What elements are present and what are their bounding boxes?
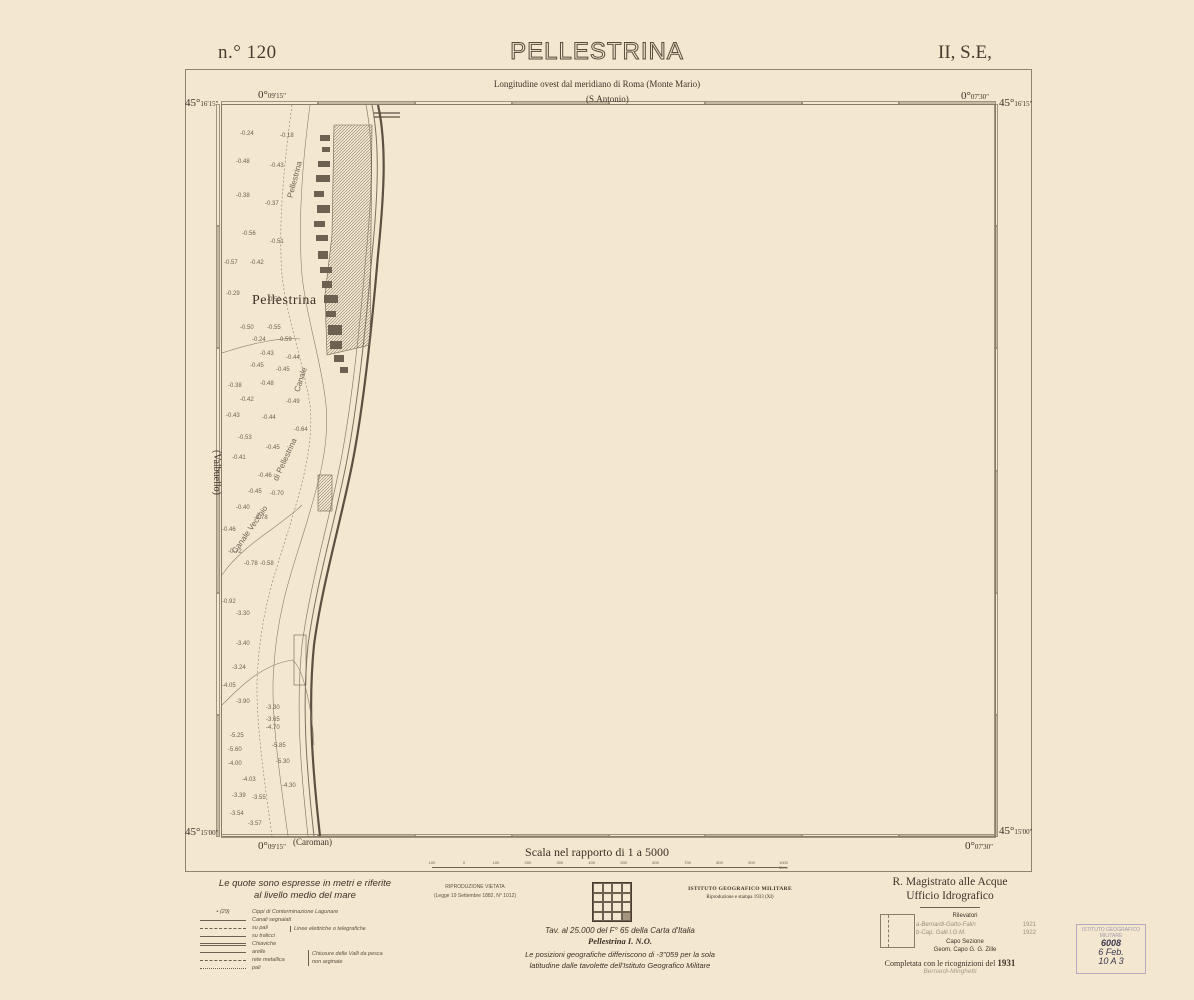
- sheet-index-grid: [592, 882, 632, 922]
- depth-sounding: -0.78: [244, 561, 258, 567]
- depth-sounding: -0.24: [252, 337, 266, 343]
- signature: Bernardi-Minghetti: [860, 968, 1040, 975]
- depth-sounding: -0.43: [260, 351, 274, 357]
- index-cell-selected: [622, 912, 632, 922]
- scale-tick: 1000 Metri: [779, 860, 788, 870]
- legend: Le quote sono espresse in metri e riferi…: [200, 878, 410, 972]
- index-cell: [612, 902, 622, 912]
- depth-sounding: -0.44: [286, 355, 300, 361]
- legend-label: Cippi di Conterminazione Lagunare: [252, 909, 338, 915]
- index-cell: [593, 893, 603, 903]
- legend-row: • (29)Cippi di Conterminazione Lagunare: [200, 908, 410, 916]
- depth-sounding: -5.30: [276, 759, 290, 765]
- place-label-left: (Valbuello): [211, 450, 222, 495]
- depth-sounding: -4.05: [222, 683, 236, 689]
- depth-sounding: -0.45: [250, 363, 264, 369]
- index-cell: [603, 902, 613, 912]
- coord-top-left-lon: 0°09'15": [258, 89, 286, 101]
- legend-group-fishing: Chiusure delle Valli da pescanon arginat…: [308, 950, 383, 966]
- legend-label: arelle: [252, 949, 265, 955]
- legend-label: pali: [252, 965, 261, 971]
- legend-heading: Le quote sono espresse in metri e riferi…: [200, 878, 410, 902]
- depth-sounding: -0.57: [224, 260, 238, 266]
- geo-difference-note: Le posizioni geografiche differiscono di…: [470, 949, 770, 971]
- index-cell: [593, 883, 603, 893]
- section-head-name: Geom. Capo G. G. Zille: [916, 946, 1036, 955]
- surveyor-year: 1921: [1023, 921, 1036, 930]
- scale-tick: 100: [493, 860, 500, 865]
- depth-sounding: -4.30: [282, 783, 296, 789]
- depth-sounding: -3.65: [266, 717, 280, 723]
- stamp-handwriting: 10 A 3: [1077, 957, 1145, 966]
- grad-seg: [216, 226, 220, 348]
- scale-tick: 100: [429, 860, 436, 865]
- depth-sounding: -3.40: [236, 641, 250, 647]
- depth-sounding: -0.24: [240, 131, 254, 137]
- igm-line: Riproduzione e stampa 1933 (XI): [706, 895, 773, 900]
- locator-line: [888, 915, 889, 947]
- legend-label: Chiaviche: [252, 941, 276, 947]
- map-area[interactable]: Pellestrina Pellestrina Canale di Pelles…: [222, 105, 995, 836]
- surveyors-title: Rilevatori: [916, 912, 1036, 921]
- line-symbol: [200, 936, 246, 937]
- grad-seg: [216, 104, 220, 226]
- legend-row: Chiaviche: [200, 940, 410, 948]
- depth-sounding: -0.42: [250, 260, 264, 266]
- depth-sounding: -3.30: [236, 611, 250, 617]
- survey-locator-map: [880, 914, 915, 948]
- index-cell: [593, 912, 603, 922]
- depth-sounding: -0.48: [260, 381, 274, 387]
- geo-line: Le posizioni geografiche differiscono di…: [470, 949, 770, 960]
- coord-top-right-lon: 0°07'30": [961, 90, 989, 102]
- authority-line: Ufficio Idrografico: [860, 889, 1040, 903]
- repro-line: (Legge 19 Settembre 1882, N° 1012): [420, 892, 530, 901]
- depth-sounding: -0.46: [222, 527, 236, 533]
- depth-sounding: -0.51: [270, 239, 284, 245]
- index-cell: [612, 883, 622, 893]
- depth-sounding: -3.30: [266, 705, 280, 711]
- line-symbol: [200, 920, 246, 921]
- index-cell: [603, 883, 613, 893]
- depth-sounding: -3.39: [232, 793, 246, 799]
- scale-bar: 100 0 100 200 300 400 500 600 700 800 90…: [432, 860, 787, 870]
- surveyor-row: a-Bernardi-Gatto-Falin1921: [916, 921, 1036, 930]
- index-cell: [612, 912, 622, 922]
- completion-year: 1931: [997, 958, 1015, 968]
- coord-top-left-lat: 45°16'15": [185, 97, 219, 109]
- map-drawing: [222, 105, 995, 836]
- depth-sounding: -4.03: [242, 777, 256, 783]
- repro-line: RIPRODUZIONE VIETATA: [420, 883, 530, 892]
- line-symbol: [200, 960, 246, 961]
- quadrant-label: II, S.E,: [938, 42, 992, 64]
- depth-sounding: -0.43: [270, 163, 284, 169]
- coord-bottom-right-lat: 45°15'00": [999, 825, 1033, 837]
- authority-block: R. Magistrato alle Acque Ufficio Idrogra…: [860, 875, 1040, 975]
- geo-line: latitudine dalle tavolette dell'Istituto…: [470, 960, 770, 971]
- surveyor-name: b-Cap. Galli I.G.M.: [916, 930, 966, 936]
- line-symbol: [200, 968, 246, 969]
- divider: [920, 907, 980, 908]
- scale-line: [432, 867, 787, 868]
- legend-label: rete metallica: [252, 957, 285, 963]
- reproduction-notice: RIPRODUZIONE VIETATA (Legge 19 Settembre…: [420, 883, 530, 901]
- surveyors: Rilevatori a-Bernardi-Gatto-Falin1921 b-…: [860, 912, 1040, 952]
- depth-sounding: -0.45: [266, 445, 280, 451]
- tav-line: Tav. al 25.000 del F° 65 della Carta d'I…: [470, 925, 770, 936]
- depth-sounding: -0.48: [236, 159, 250, 165]
- legend-label: Canali segnalati: [252, 917, 291, 923]
- depth-sounding: -0.59: [278, 337, 292, 343]
- index-cell: [603, 893, 613, 903]
- depth-sounding: -3.24: [232, 665, 246, 671]
- depth-sounding: -0.64: [294, 427, 308, 433]
- legend-group-fishing-line: Chiusure delle Valli da pesca: [312, 951, 383, 957]
- depth-sounding: -0.92: [222, 599, 236, 605]
- depth-sounding: -0.46: [258, 473, 272, 479]
- depth-sounding: -0.38: [236, 193, 250, 199]
- surveyor-year: 1922: [1023, 929, 1036, 938]
- line-symbol: [200, 943, 246, 946]
- index-cell: [622, 902, 632, 912]
- completion-text: Completata con le ricognizioni del: [885, 959, 996, 968]
- depth-sounding: -0.44: [262, 415, 276, 421]
- legend-group-fishing-line: non arginate: [312, 959, 343, 965]
- grad-seg: [216, 715, 220, 837]
- legend-group-electric: Linee elettriche o telegrafiche: [290, 926, 366, 932]
- tav-name: Pellestrina I. N.O.: [470, 936, 770, 947]
- scale-tick: 900: [748, 860, 755, 865]
- depth-sounding: -0.56: [242, 231, 256, 237]
- index-cell: [622, 893, 632, 903]
- surveyor-name: a-Bernardi-Gatto-Falin: [916, 922, 976, 928]
- authority-line: R. Magistrato alle Acque: [860, 875, 1040, 889]
- boundary-marker-symbol: • (29): [200, 909, 246, 915]
- line-symbol: [200, 928, 246, 929]
- legend-row: su tralicci: [200, 932, 410, 940]
- depth-sounding: -3.55: [252, 795, 266, 801]
- depth-sounding: -0.38: [228, 383, 242, 389]
- coord-top-right-lat: 45°16'15": [999, 97, 1033, 109]
- legend-row: Canali segnalati: [200, 916, 410, 924]
- depth-sounding: -0.18: [280, 133, 294, 139]
- map-title: PELLESTRINA: [0, 38, 1194, 66]
- line-symbol: [200, 952, 246, 953]
- depth-sounding: -0.72: [228, 549, 242, 555]
- depth-sounding: -0.42: [240, 397, 254, 403]
- section-head-title: Capo Sezione: [916, 938, 1036, 947]
- legend-heading-line: al livello medio del mare: [200, 890, 410, 902]
- scale-tick: 500: [620, 860, 627, 865]
- scale-title: Scala nel rapporto di 1 a 5000: [0, 845, 1194, 860]
- depth-sounding: -0.49: [286, 399, 300, 405]
- scale-tick: 600: [652, 860, 659, 865]
- depth-sounding: -0.45: [248, 489, 262, 495]
- index-cell: [612, 893, 622, 903]
- scale-tick: 400: [588, 860, 595, 865]
- coord-bottom-left-lat: 45°15'00": [185, 826, 219, 838]
- depth-sounding: -0.45: [276, 367, 290, 373]
- igm-line: ISTITUTO GEOGRAFICO MILITARE: [688, 886, 792, 892]
- scale-tick: 800: [716, 860, 723, 865]
- longitude-note: Longitudine ovest dal meridiano di Roma …: [0, 79, 1194, 89]
- scale-tick: 0: [463, 860, 465, 865]
- surveyor-list: Rilevatori a-Bernardi-Gatto-Falin1921 b-…: [916, 912, 1036, 955]
- scale-tick: 300: [556, 860, 563, 865]
- depth-sounding: -0.55: [267, 325, 281, 331]
- depth-sounding: -0.37: [265, 201, 279, 207]
- depth-sounding: -0.58: [260, 561, 274, 567]
- scale-tick: 200: [525, 860, 532, 865]
- depth-sounding: -0.43: [226, 413, 240, 419]
- depth-sounding: -0.59: [267, 297, 281, 303]
- town-label: Pellestrina: [252, 293, 317, 309]
- depth-sounding: -0.40: [236, 505, 250, 511]
- scale-tick: 700: [684, 860, 691, 865]
- tavoletta-note: Tav. al 25.000 del F° 65 della Carta d'I…: [470, 925, 770, 947]
- depth-sounding: -4.00: [228, 761, 242, 767]
- igm-imprint: ISTITUTO GEOGRAFICO MILITARE Riproduzion…: [680, 885, 800, 902]
- depth-sounding: -3.90: [236, 699, 250, 705]
- completion-note: Completata con le ricognizioni del 1931: [860, 958, 1040, 968]
- depth-sounding: -0.70: [270, 491, 284, 497]
- depth-sounding: -5.85: [272, 743, 286, 749]
- depth-sounding: -0.41: [232, 455, 246, 461]
- archive-stamp: ISTITUTO GEOGRAFICO MILITARE 6008 6 Feb.…: [1076, 924, 1146, 974]
- surveyor-row: b-Cap. Galli I.G.M.1922: [916, 929, 1036, 938]
- depth-sounding: -5.60: [228, 747, 242, 753]
- index-cell: [593, 902, 603, 912]
- depth-sounding: -3.54: [230, 811, 244, 817]
- place-label-top: (S.Antonio): [586, 94, 629, 104]
- depth-sounding: -4.70: [266, 725, 280, 731]
- grad-seg: [216, 593, 220, 715]
- index-cell: [622, 883, 632, 893]
- depth-sounding: -5.25: [230, 733, 244, 739]
- legend-label: su tralicci: [252, 933, 275, 939]
- depth-sounding: -0.50: [240, 325, 254, 331]
- depth-sounding: -0.29: [226, 291, 240, 297]
- depth-sounding: -0.78: [254, 515, 268, 521]
- depth-sounding: -0.53: [238, 435, 252, 441]
- depth-sounding: -3.57: [248, 821, 262, 827]
- legend-heading-line: Le quote sono espresse in metri e riferi…: [200, 878, 410, 890]
- index-cell: [603, 912, 613, 922]
- legend-label: su pali: [252, 925, 268, 931]
